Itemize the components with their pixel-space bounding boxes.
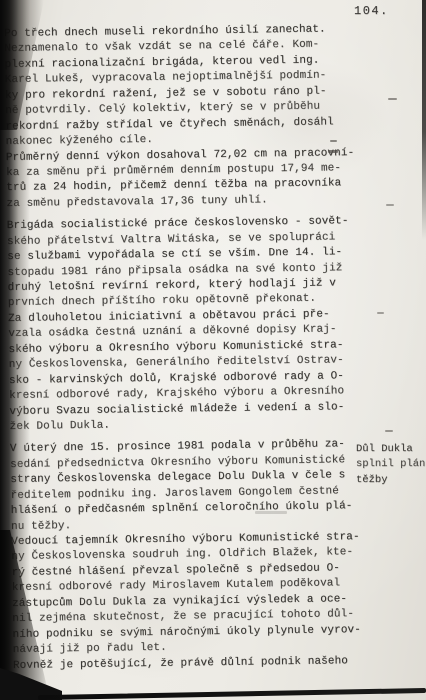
scan-smudge xyxy=(388,98,397,100)
margin-note: Důl Dukla splnil plán těžby xyxy=(356,442,424,488)
margin-note-line: Důl Dukla xyxy=(356,442,424,457)
scanned-document-page: 104. Po třech dnech museli rekordního ús… xyxy=(0,0,426,700)
page-number: 104. xyxy=(354,4,389,18)
margin-note-line: splnil plán xyxy=(356,457,424,472)
paragraph: Vedoucí tajemník Okresního výboru Komuni… xyxy=(11,530,361,674)
paragraph: V úterý dne 15. prosince 1981 podala v p… xyxy=(10,437,359,534)
scan-smudge xyxy=(385,430,393,432)
page-right-edge-line xyxy=(422,0,426,240)
margin-note-line: těžby xyxy=(356,473,424,488)
scan-smudge xyxy=(386,204,394,206)
scan-smudge xyxy=(330,140,337,142)
typewritten-text: Po třech dnech museli rekordního úsilí z… xyxy=(4,22,361,674)
scan-smudge xyxy=(328,150,338,153)
paragraph: Brigáda socialistické práce českoslovens… xyxy=(7,214,358,435)
paragraph: Po třech dnech museli rekordního úsilí z… xyxy=(4,22,355,212)
page-bottom-edge-line xyxy=(38,688,426,700)
scan-smudge xyxy=(377,312,384,314)
scan-smudge xyxy=(255,511,287,514)
